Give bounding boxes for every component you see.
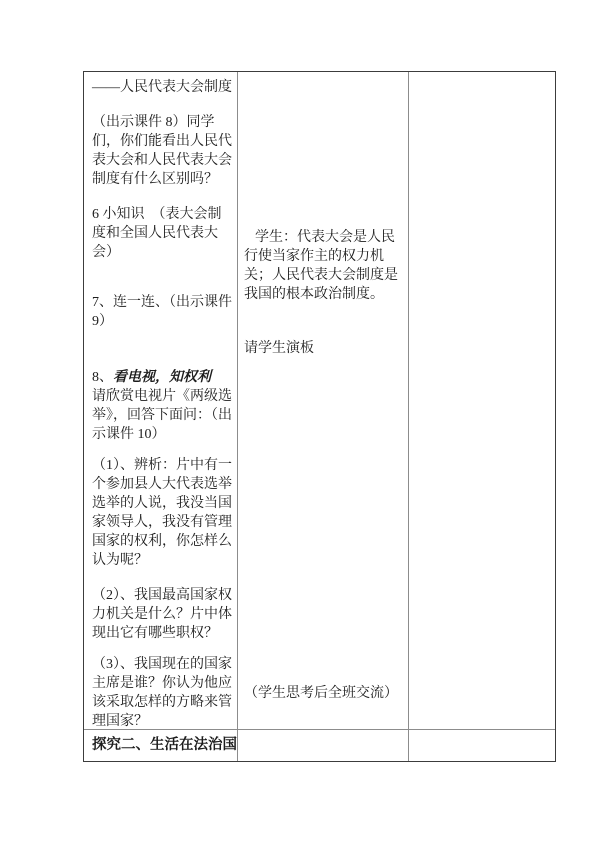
- board-note: 请学生演板: [244, 339, 401, 358]
- question3-paragraph: （3）、我国现在的国家主席是谁？你认为他应该采取怎样的方略来管理国家？: [92, 655, 232, 730]
- activity8-title: 看电视，知权利: [113, 370, 211, 385]
- cell-student-activity: 学生：代表大会是人民行使当家作主的权力机关；人民代表大会制度是我国的根本政治制度…: [238, 72, 409, 730]
- courseware8-paragraph: （出示课件 8）同学们，你们能看出人民代表大会和人民代表大会制度有什么区别吗？: [92, 113, 232, 189]
- activity8-number: 8、: [92, 370, 113, 385]
- knowledge-tip-paragraph: 6 小知识 （表大会制度和全国人民代表大会）: [92, 205, 232, 262]
- cell-notes-empty: [409, 72, 555, 730]
- cell-teacher-activity: ——人民代表大会制度 （出示课件 8）同学们，你们能看出人民代表大会和人民代表大…: [84, 72, 238, 730]
- question2-paragraph: （2）、我国最高国家权力机关是什么？片中体现出它有哪些职权？: [92, 586, 232, 643]
- topic-line: ——人民代表大会制度: [92, 78, 232, 97]
- document-page: ——人民代表大会制度 （出示课件 8）同学们，你们能看出人民代表大会和人民代表大…: [0, 0, 595, 842]
- cell-section-title: 探究二、生活在法治国: [84, 730, 238, 761]
- cell-footer-right-empty: [409, 730, 555, 761]
- activity7-paragraph: 7、连一连、（出示课件 9）: [92, 293, 232, 331]
- discussion-note: （学生思考后全班交流）: [244, 684, 401, 703]
- student-answer: 学生：代表大会是人民行使当家作主的权力机关；人民代表大会制度是我国的根本政治制度…: [244, 228, 401, 304]
- lesson-plan-table: ——人民代表大会制度 （出示课件 8）同学们，你们能看出人民代表大会和人民代表大…: [83, 71, 556, 762]
- activity8-paragraph: 8、看电视，知权利 请欣赏电视片《两级选举》，回答下面问：（出示课件 10）: [92, 368, 232, 444]
- section-title: 探究二、生活在法治国: [92, 736, 237, 755]
- question1-paragraph: （1）、辨析：片中有一个参加县人大代表选举选举的人说，我没当国家领导人，我没有管…: [92, 456, 232, 570]
- cell-footer-middle-empty: [238, 730, 409, 761]
